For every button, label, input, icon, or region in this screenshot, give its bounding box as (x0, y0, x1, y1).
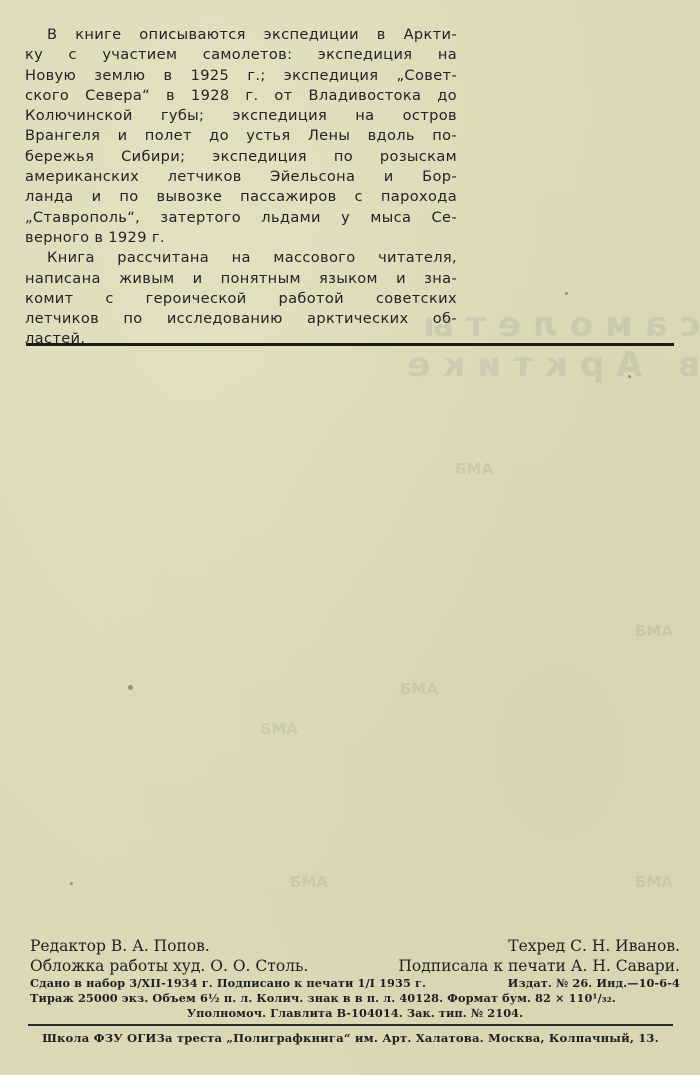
typesetting-dates: Сдано в набор 3/XII-1934 г. Подписано к … (30, 976, 426, 991)
censor-order-details: Уполномоч. Главлита В-104014. Зак. тип. … (187, 1006, 523, 1021)
text-line: ку с участием самолетов: экспедиция на (25, 45, 457, 65)
text-line: „Ставрополь“, затертого льдами у мыса Се… (25, 208, 457, 228)
horizontal-rule (28, 1024, 673, 1026)
bleed-through-stamp: БМА (260, 720, 298, 738)
bleed-through-stamp: БМА (400, 680, 438, 698)
text-line: Новую землю в 1925 г.; экспедиция „Совет… (25, 66, 457, 86)
text-line: комит с героической работой советских (25, 289, 457, 309)
bleed-through-stamp: БМА (455, 460, 493, 478)
text-line: летчиков по исследованию арктических об- (25, 309, 457, 329)
text-line: В книге описываются экспедиции в Аркти- (25, 25, 457, 45)
text-line: Книга рассчитана на массового читателя, (25, 248, 457, 268)
text-line: американских летчиков Эйельсона и Бор- (25, 167, 457, 187)
publisher-index: Издат. № 26. Инд.—10-6-4 (508, 976, 680, 991)
text-line: ластей. (25, 329, 457, 349)
text-line: написана живым и понятным языком и зна- (25, 269, 457, 289)
print-run-details: Тираж 25000 экз. Объем 6½ п. л. Колич. з… (30, 991, 616, 1006)
cover-artist-credit: Обложка работы худ. О. О. Столь. (30, 956, 308, 976)
text-line: ланда и по вывозке пассажиров с парохода (25, 187, 457, 207)
text-line: ского Севера“ в 1928 г. от Владивостока … (25, 86, 457, 106)
signed-to-print: Подписала к печати А. Н. Савари. (398, 956, 680, 976)
imprint-row-censor: Уполномоч. Главлита В-104014. Зак. тип. … (30, 1006, 680, 1021)
bleed-through-stamp: БМА (635, 873, 673, 891)
text-line: Врангеля и полет до устья Лены вдоль по- (25, 126, 457, 146)
text-line: Колючинской губы; экспедиция на остров (25, 106, 457, 126)
horizontal-rule (26, 343, 674, 346)
imprint-row-cover: Обложка работы худ. О. О. Столь. Подписа… (30, 956, 680, 976)
book-annotation: В книге описываются экспедиции в Аркти- … (25, 25, 457, 350)
book-page: самолеты в Арктике БМА БМА БМА БМА БМА Б… (0, 0, 700, 1075)
printer-credit: Школа ФЗУ ОГИЗа треста „Полиграфкнига“ и… (28, 1031, 673, 1045)
paper-speck (70, 882, 73, 885)
imprint-block: Редактор В. А. Попов. Техред С. Н. Ивано… (30, 936, 680, 1021)
annotation-paragraph-2: Книга рассчитана на массового читателя, … (25, 248, 457, 349)
tech-editor-credit: Техред С. Н. Иванов. (508, 936, 680, 956)
paper-speck (128, 685, 133, 690)
paper-speck (628, 375, 631, 378)
bleed-through-stamp: БМА (290, 873, 328, 891)
bleed-through-stamp: БМА (635, 622, 673, 640)
text-line: бережья Сибири; экспедиция по розыскам (25, 147, 457, 167)
paper-speck (565, 292, 568, 295)
editor-credit: Редактор В. А. Попов. (30, 936, 210, 956)
text-line: верного в 1929 г. (25, 228, 457, 248)
imprint-row-print-run: Тираж 25000 экз. Объем 6½ п. л. Колич. з… (30, 991, 680, 1006)
imprint-row-editors: Редактор В. А. Попов. Техред С. Н. Ивано… (30, 936, 680, 956)
annotation-paragraph-1: В книге описываются экспедиции в Аркти- … (25, 25, 457, 248)
imprint-row-dates: Сдано в набор 3/XII-1934 г. Подписано к … (30, 976, 680, 991)
